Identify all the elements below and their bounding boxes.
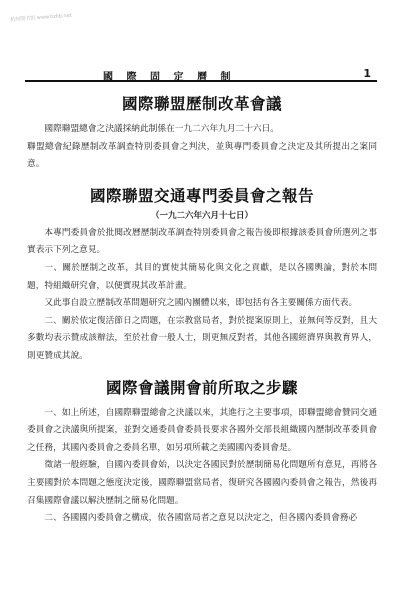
header-rule <box>25 80 377 82</box>
paragraph: 徵諸一般經驗，自國內委員會始，以決定各國民對於歷制簡易化問題所有意見，再將各主要… <box>27 457 377 510</box>
paragraph: 又此事自設立歷制改革問題研究之國內團體以來，即包括有各主要關係方面代表。 <box>27 295 377 313</box>
page-body: 國際聯盟歷制改革會議 國際聯盟總會之決議採納此制係在一九二六年九月二十六日。 聯… <box>27 92 377 528</box>
page-number: 1 <box>363 67 371 80</box>
section-title: 國際聯盟歷制改革會議 <box>27 92 377 116</box>
paragraph: 聯盟總會紀錄歷制改革調查特別委員會之判決，並與專門委員會之決定及其所提出之案同意… <box>27 139 377 174</box>
paragraph: 本專門委員會於批閱改曆歷制改革調查特別委員會之報告後即根據該委員會所選列之事實表… <box>27 225 377 260</box>
paragraph: 國際聯盟總會之決議採納此制係在一九二六年九月二十六日。 <box>27 121 377 139</box>
section-transit-committee-report: 國際聯盟交通專門委員會之報告 （一九二六年六月十七日） 本專門委員會於批閱改曆歷… <box>27 184 377 366</box>
section-title: 國際會議開會前所取之步驟 <box>27 376 377 400</box>
section-title: 國際聯盟交通專門委員會之報告 <box>27 184 377 208</box>
section-pre-conference-steps: 國際會議開會前所取之步驟 一、如上所述，自國際聯盟總會之決議以來，其進行之主要事… <box>27 376 377 528</box>
section-league-calendar-reform-meeting: 國際聯盟歷制改革會議 國際聯盟總會之決議採納此制係在一九二六年九月二十六日。 聯… <box>27 92 377 174</box>
paragraph: 二、關於依定復活節日之問題，在宗教當局者，對於提案原則上，並無何等反對，且大多數… <box>27 313 377 366</box>
paragraph: 二、各國國內委員會之構成，依各國當局者之意見以決定之，但各國內委員會務必 <box>27 510 377 528</box>
report-date: （一九二六年六月十七日） <box>27 208 377 224</box>
library-watermark: 杭州图书馆 www.hzlib.net <box>10 12 72 23</box>
paragraph: 一、如上所述，自國際聯盟總會之決議以來，其進行之主要事項，即聯盟總會贊同交通委員… <box>27 405 377 458</box>
paragraph: 一、關於歷制之改革，其目的實使其簡易化與文化之貢獻，是以各國輿論，對於本問題，特… <box>27 260 377 295</box>
